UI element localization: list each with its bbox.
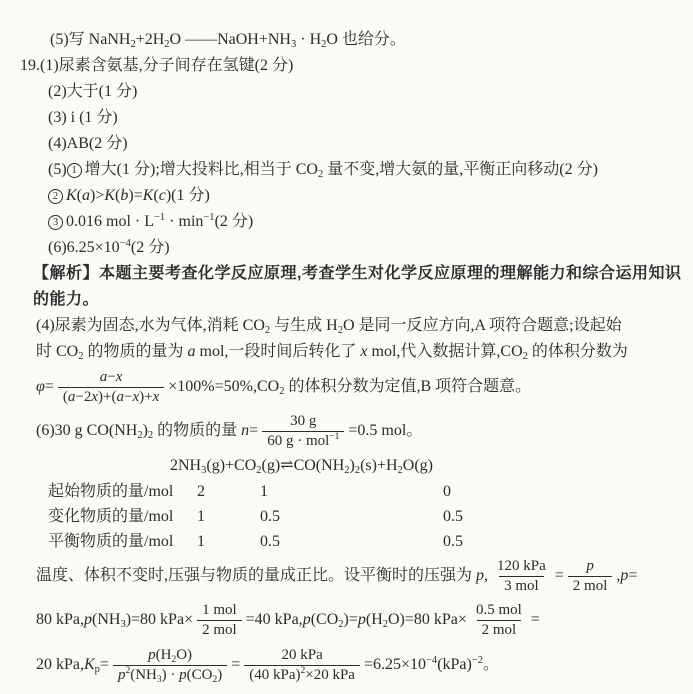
fraction: p2 mol [568,557,613,596]
ice-row-label: 起始物质的量/mol [48,479,173,504]
ice-table-row-equilibrium: 平衡物质的量/mol 1 0.5 0.5 [0,529,693,554]
q19-answer-4: (4)AB(2 分) [48,131,693,157]
circled-number: 1 [67,163,82,178]
analysis-phi-formula: φ=a−x(a−2x)+(a−x)+x×100%=50%,CO2 的体积分数为定… [36,365,693,409]
ice-table-row-change: 变化物质的量/mol 1 0.5 0.5 [0,504,693,529]
fraction: 1 mol2 mol [197,601,242,640]
fraction: a−x(a−2x)+(a−x)+x [58,368,164,407]
kp-calculation-line: 20 kPa,Kp=p(H2O)p2(NH3) · p(CO2)=20 kPa(… [36,642,693,688]
ice-cell: 0.5 [260,504,280,529]
ice-cell: 0 [443,479,451,504]
fraction: 30 g60 g · mol−1 [262,412,344,451]
ice-cell: 2 [197,479,205,504]
q19-answer-6: (6)6.25×10−4(2 分) [48,235,693,261]
ice-cell: 0.5 [443,529,463,554]
ice-cell: 0.5 [443,504,463,529]
ice-row-label: 平衡物质的量/mol [48,529,173,554]
circled-number: 2 [48,189,63,204]
answer-note-line: (5)写 NaNH2+2H2O ——NaOH+NH3 · H2O 也给分。 [50,27,693,53]
ice-cell: 1 [197,529,205,554]
analysis-intro-line-2: 的能力。 [33,287,693,313]
ice-cell: 0.5 [260,529,280,554]
analysis-4-line-1: (4)尿素为固态,水为气体,消耗 CO2 与生成 H2O 是同一反应方向,A 项… [36,313,693,339]
document-page: (5)写 NaNH2+2H2O ——NaOH+NH3 · H2O 也给分。 19… [0,0,693,694]
ice-cell: 1 [260,479,268,504]
q19-answer-3: (3) i (1 分) [48,105,693,131]
ice-row-label: 变化物质的量/mol [48,504,173,529]
q19-answer-5-2: 2K(a)>K(b)=K(c)(1 分) [48,183,693,209]
reaction-equation: 2NH3(g)+CO2(g)⇌CO(NH2)2(s)+H2O(g) [170,453,693,479]
analysis-4-line-2: 时 CO2 的物质的量为 a mol,一段时间后转化了 x mol,代入数据计算… [36,339,693,365]
q19-answer-5-3: 30.016 mol · L−1 · min−1(2 分) [48,209,693,235]
fraction: 120 kPa3 mol [492,557,551,596]
ice-table-row-initial: 起始物质的量/mol 2 1 0 [0,479,693,504]
fraction: 20 kPa(40 kPa)2×20 kPa [244,646,360,685]
q19-answer-2: (2)大于(1 分) [48,79,693,105]
analysis-intro-line-1: 【解析】本题主要考查化学反应原理,考查学生对化学反应原理的理解能力和综合运用知识 [33,261,693,287]
q19-answer-5-1: (5)1增大(1 分);增大投料比,相当于 CO2 量不变,增大氨的量,平衡正向… [48,157,693,183]
partial-pressure-line: 80 kPa,p(NH3)=80 kPa×1 mol2 mol=40 kPa,p… [36,598,693,642]
pressure-proportion-line: 温度、体积不变时,压强与物质的量成正比。设平衡时的压强为 p,120 kPa3 … [36,554,693,598]
ice-cell: 1 [197,504,205,529]
analysis-6-mol-formula: (6)30 g CO(NH2)2 的物质的量 n=30 g60 g · mol−… [36,409,693,453]
fraction: 0.5 mol2 mol [471,601,527,640]
q19-answer-1: 19.(1)尿素含氨基,分子间存在氢键(2 分) [20,53,693,79]
circled-number: 3 [48,215,63,230]
fraction: p(H2O)p2(NH3) · p(CO2) [113,646,227,685]
